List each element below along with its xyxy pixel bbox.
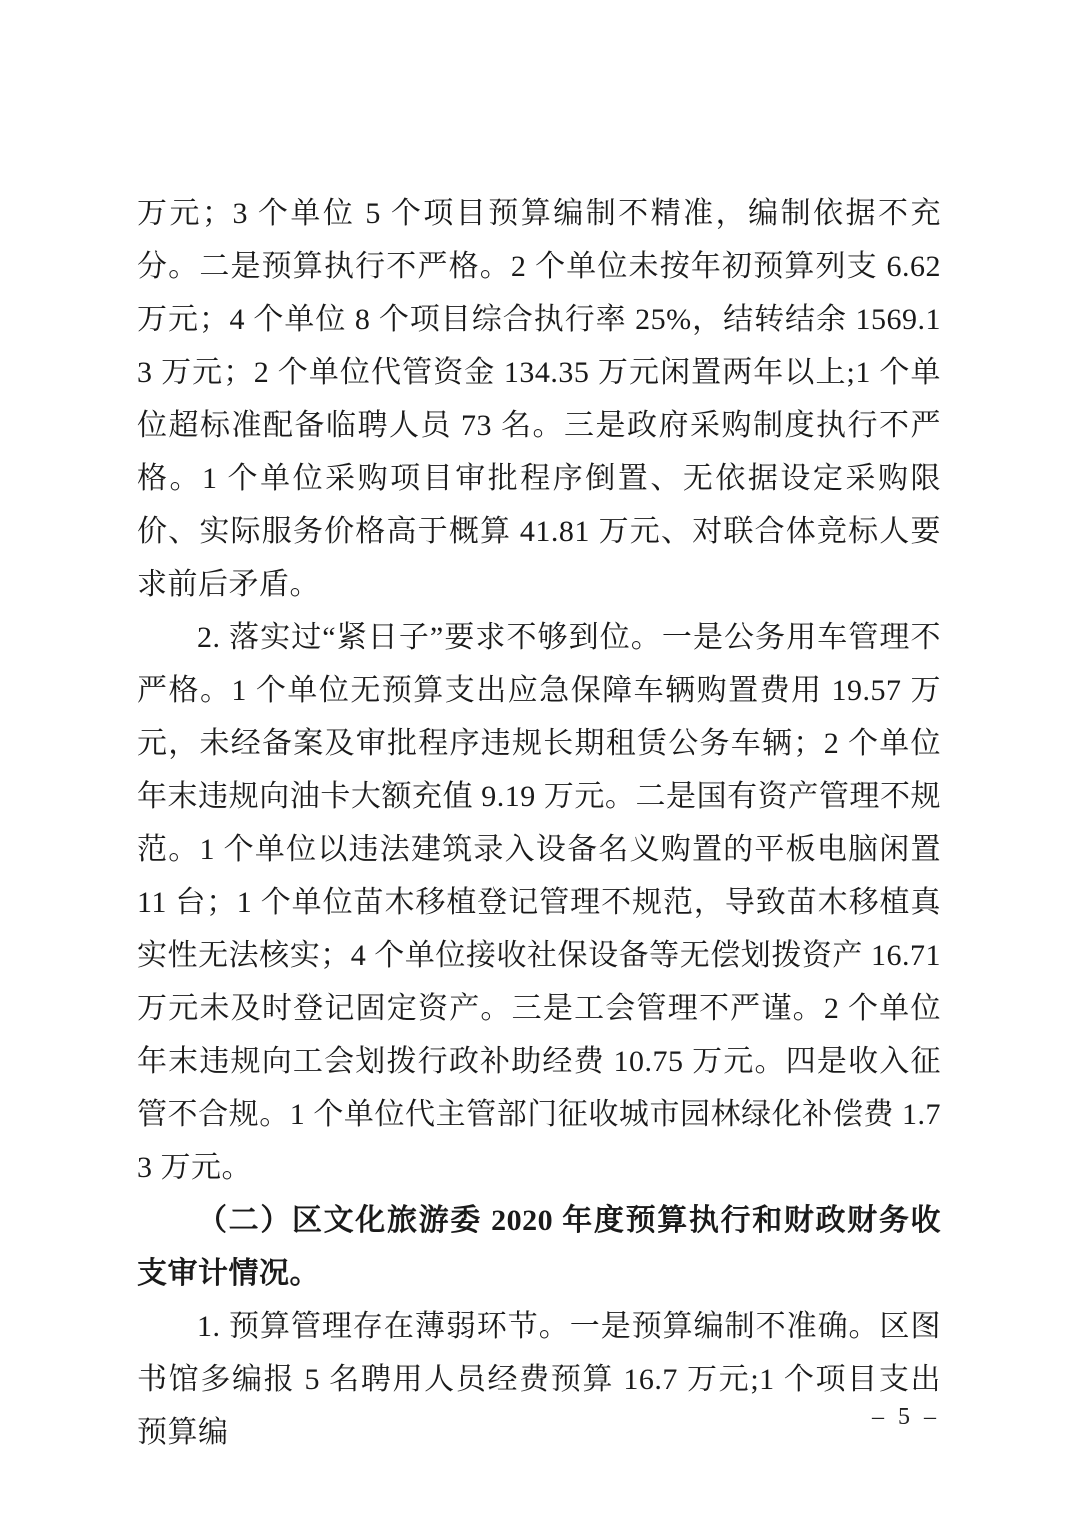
- section-heading: （二）区文化旅游委 2020 年度预算执行和财政财务收支审计情况。: [137, 1194, 941, 1300]
- paragraph-item-1: 1. 预算管理存在薄弱环节。一是预算编制不准确。区图书馆多编报 5 名聘用人员经…: [137, 1300, 941, 1459]
- paragraph-continuation: 万元；3 个单位 5 个项目预算编制不精准，编制依据不充分。二是预算执行不严格。…: [137, 187, 941, 611]
- document-body: 万元；3 个单位 5 个项目预算编制不精准，编制依据不充分。二是预算执行不严格。…: [137, 187, 941, 1459]
- page-number: – 5 –: [872, 1404, 940, 1431]
- paragraph-item-2: 2. 落实过“紧日子”要求不够到位。一是公务用车管理不严格。1 个单位无预算支出…: [137, 611, 941, 1194]
